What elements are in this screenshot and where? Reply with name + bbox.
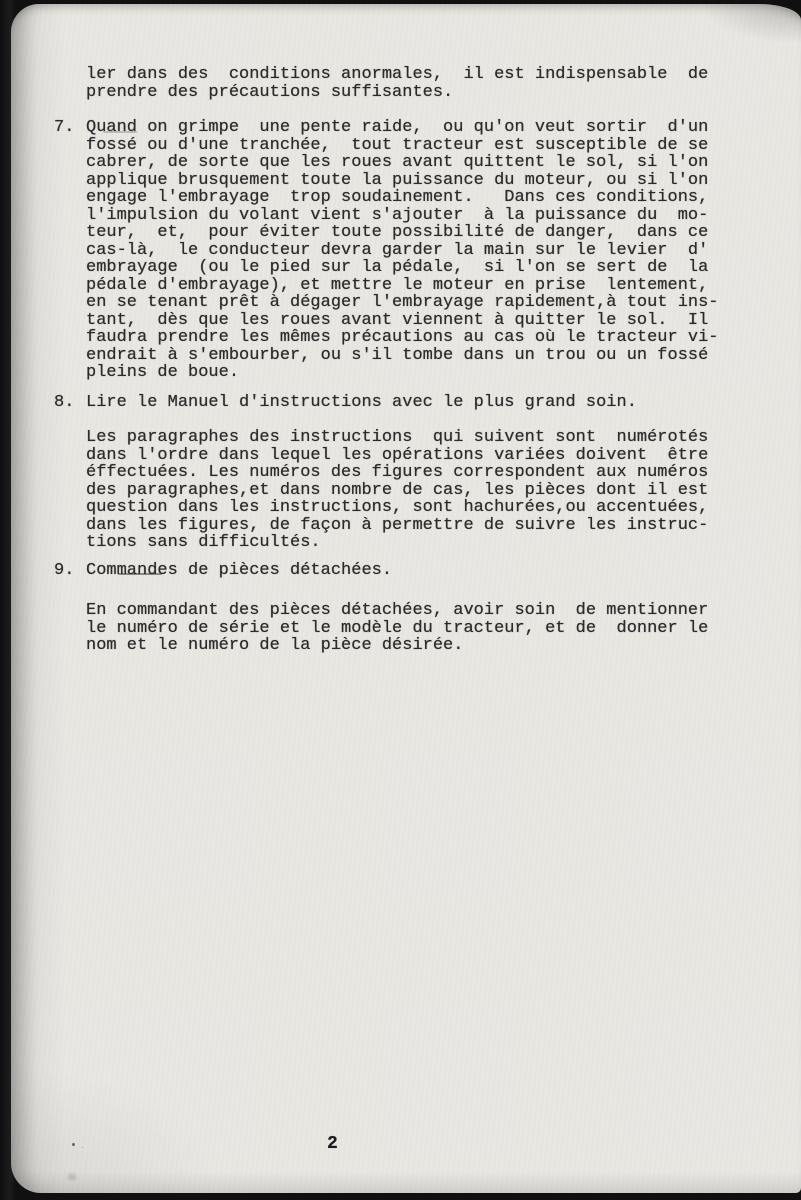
text-line: Les paragraphes des instructions qui sui…	[86, 429, 708, 447]
text-line: cas-là, le conducteur devra garder la ma…	[86, 242, 719, 260]
text-line: prendre des précautions suffisantes.	[86, 84, 708, 102]
item-9-title: Commandes de pièces détachées.	[86, 562, 392, 580]
text-line: nom et le numéro de la pièce désirée.	[86, 637, 708, 655]
text-line: tions sans difficultés.	[86, 534, 708, 552]
text-line: fossé ou d'une tranchée, tout tracteur e…	[86, 137, 719, 155]
item-number: 9.	[54, 562, 86, 580]
text-line: teur, et, pour éviter toute possibilité …	[86, 224, 719, 242]
text-line: ler dans des conditions anormales, il es…	[86, 66, 708, 84]
text-line: endrait à s'embourber, ou s'il tombe dan…	[86, 347, 719, 365]
text-line: le numéro de série et le modèle du tract…	[86, 620, 708, 638]
text-line: engage l'embrayage trop soudainement. Da…	[86, 189, 719, 207]
item-8-paragraph: Les paragraphes des instructions qui sui…	[86, 429, 708, 552]
list-item-9: 9. Commandes de pièces détachées.	[54, 562, 392, 580]
item-number: 7.	[54, 119, 86, 382]
text-line: applique brusquement toute la puissance …	[86, 172, 719, 190]
text-line: question dans les instructions, sont hac…	[86, 499, 708, 517]
underline-artifact	[118, 573, 162, 575]
item-7-text: Quand on grimpe une pente raide, ou qu'o…	[86, 119, 719, 382]
text-line: pleins de boue.	[86, 364, 719, 382]
text-line: tant, dès que les roues avant viennent à…	[86, 312, 719, 330]
text-line: Quand on grimpe une pente raide, ou qu'o…	[86, 119, 719, 137]
text-line: embrayage (ou le pied sur la pédale, si …	[86, 259, 719, 277]
text-line: dans l'ordre dans lequel les opérations …	[86, 447, 708, 465]
text-line: dans les figures, de façon à permettre d…	[86, 517, 708, 535]
item-number: 8.	[54, 394, 86, 412]
scan-background: ler dans des conditions anormales, il es…	[0, 0, 801, 1200]
text-line: l'impulsion du volant vient s'ajouter à …	[86, 207, 719, 225]
text-line: faudra prendre les mêmes précautions au …	[86, 329, 719, 347]
item-8-title: Lire le Manuel d'instructions avec le pl…	[86, 394, 637, 412]
ink-speck	[72, 1143, 75, 1146]
text-line: des paragraphes,et dans nombre de cas, l…	[86, 482, 708, 500]
intro-paragraph: ler dans des conditions anormales, il es…	[86, 66, 708, 101]
underline-artifact	[103, 131, 137, 133]
text-line: en se tenant prêt à dégager l'embrayage …	[86, 294, 719, 312]
text-line: cabrer, de sorte que les roues avant qui…	[86, 154, 719, 172]
page-number: 2	[327, 1135, 338, 1153]
paper-stain	[63, 1170, 81, 1184]
list-item-8: 8. Lire le Manuel d'instructions avec le…	[54, 394, 637, 412]
text-line: En commandant des pièces détachées, avoi…	[86, 602, 708, 620]
item-9-paragraph: En commandant des pièces détachées, avoi…	[86, 602, 708, 655]
text-line: éffectuées. Les numéros des figures corr…	[86, 464, 708, 482]
list-item-7: 7. Quand on grimpe une pente raide, ou q…	[54, 119, 719, 382]
paper-page: ler dans des conditions anormales, il es…	[11, 4, 801, 1193]
text-line: pédale d'embrayage), et mettre le moteur…	[86, 277, 719, 295]
